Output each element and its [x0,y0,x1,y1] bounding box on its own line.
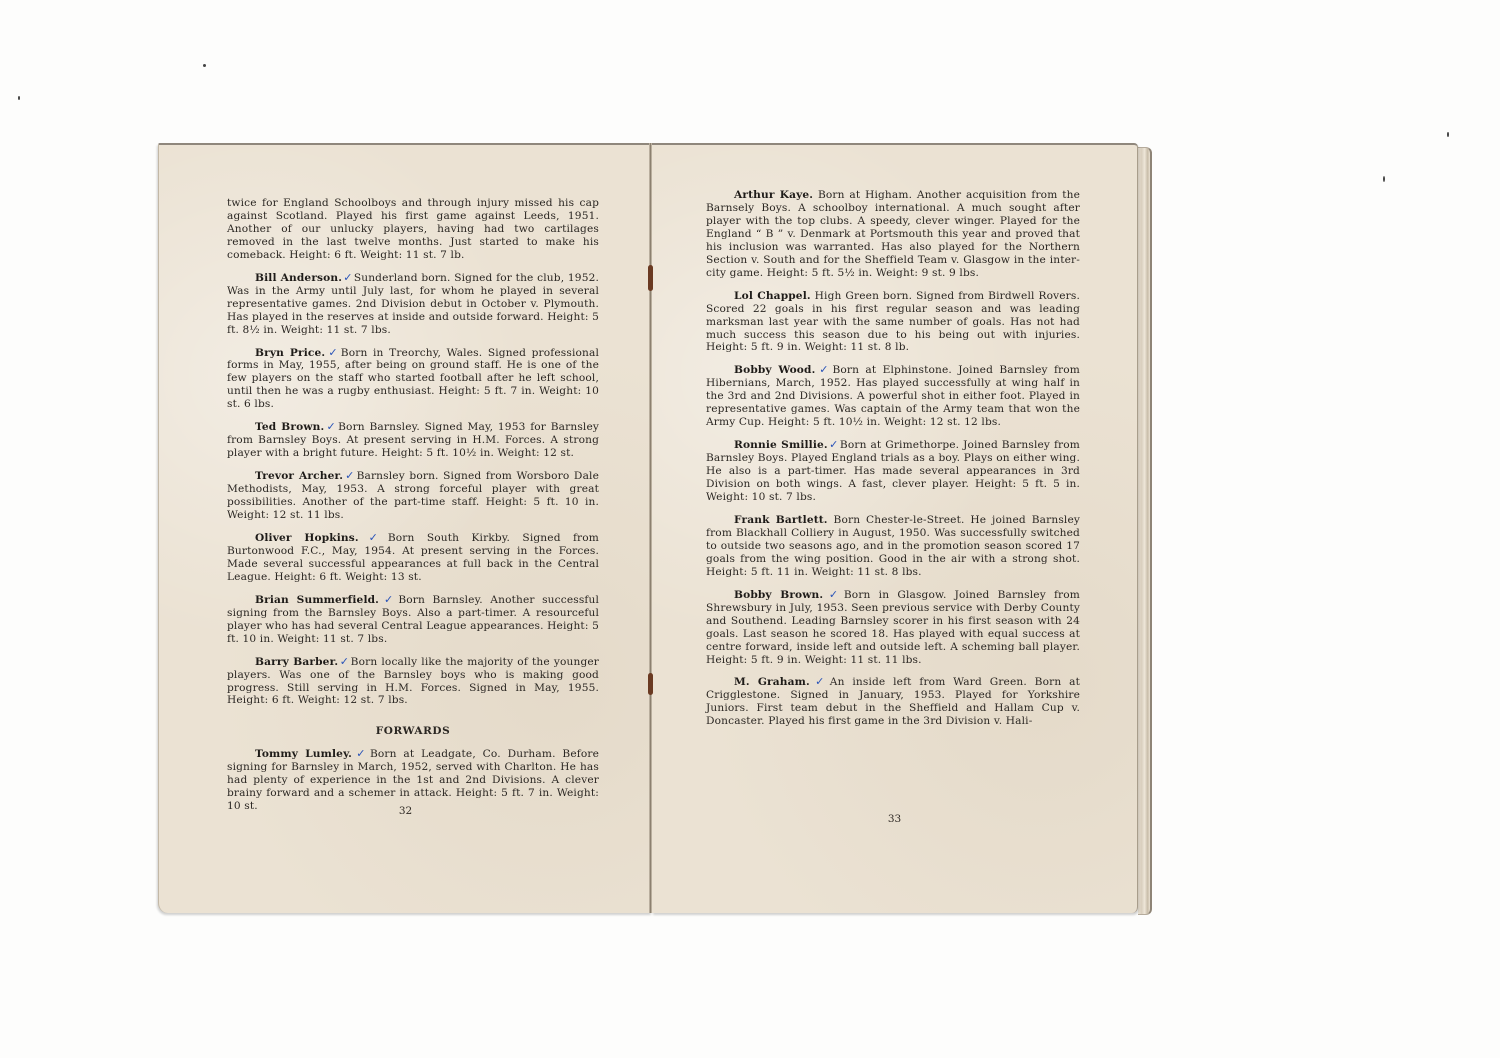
player-entry: Frank Bartlett. Born Chester-le-Street. … [706,514,1080,579]
player-bio: Born at Higham. Another acquisition from… [706,189,1080,279]
page-number-left: 32 [159,805,652,817]
page-edges [1138,147,1152,915]
player-name: Bryn Price. [255,347,325,359]
player-name: Trevor Archer. [255,470,343,482]
player-name: Barry Barber. [255,656,338,668]
player-name: Bobby Wood. [734,364,815,376]
staple-rust-bottom [648,673,653,695]
pen-tick-icon: ✓ [811,675,829,688]
player-name: Ronnie Smillie. [734,439,828,451]
pen-tick-icon: ✓ [326,346,340,359]
player-entry: Tommy Lumley.✓Born at Leadgate, Co. Durh… [227,748,599,813]
section-heading-forwards: FORWARDS [227,725,599,738]
player-name: Tommy Lumley. [255,748,352,760]
dust-speck [1383,176,1385,182]
player-entry: Bobby Brown.✓Born in Glasgow. Joined Bar… [706,589,1080,667]
player-entry: Bobby Wood.✓Born at Elphinstone. Joined … [706,364,1080,429]
staple-rust-top [648,265,653,291]
player-name: Ted Brown. [255,421,324,433]
pen-tick-icon: ✓ [353,747,369,760]
pen-tick-icon: ✓ [360,531,387,544]
left-page: twice for England Schoolboys and through… [158,143,652,913]
player-entry: Arthur Kaye. Born at Higham. Another acq… [706,189,1080,280]
pen-tick-icon: ✓ [344,469,355,482]
left-entries: Bill Anderson.✓Sunderland born. Signed f… [227,272,599,708]
dust-speck [18,96,20,100]
player-entry: Ronnie Smillie.✓Born at Grimethorpe. Joi… [706,439,1080,504]
pen-tick-icon: ✓ [339,655,349,668]
player-entry: Trevor Archer.✓Barnsley born. Signed fro… [227,470,599,522]
forwards-entries: Tommy Lumley.✓Born at Leadgate, Co. Durh… [227,748,599,813]
player-name: Bill Anderson. [255,272,342,284]
player-name: Oliver Hopkins. [255,532,359,544]
player-name: Brian Summerfield. [255,594,379,606]
pen-tick-icon: ✓ [343,271,353,284]
right-page-text: Arthur Kaye. Born at Higham. Another acq… [706,189,1080,738]
player-name: Arthur Kaye. [734,189,813,201]
pen-tick-icon: ✓ [380,593,397,606]
dust-speck [1447,132,1449,137]
right-page: Arthur Kaye. Born at Higham. Another acq… [652,143,1138,913]
player-entry: Bryn Price.✓Born in Treorchy, Wales. Sig… [227,347,599,412]
player-entry: Ted Brown.✓Born Barnsley. Signed May, 19… [227,421,599,460]
dust-speck [203,64,206,67]
pen-tick-icon: ✓ [816,363,831,376]
book-gutter [649,143,652,913]
player-name: Bobby Brown. [734,589,823,601]
page-number-right: 33 [652,813,1137,825]
continuation-paragraph: twice for England Schoolboys and through… [227,197,599,262]
right-entries: Arthur Kaye. Born at Higham. Another acq… [706,189,1080,728]
player-entry: Brian Summerfield.✓Born Barnsley. Anothe… [227,594,599,646]
pen-tick-icon: ✓ [325,420,337,433]
pen-tick-icon: ✓ [829,438,839,451]
open-booklet: twice for England Schoolboys and through… [158,143,1144,918]
player-name: Frank Bartlett. [734,514,828,526]
player-entry: Barry Barber.✓Born locally like the majo… [227,656,599,708]
player-entry: M. Graham.✓An inside left from Ward Gree… [706,676,1080,728]
player-entry: Oliver Hopkins.✓Born South Kirkby. Signe… [227,532,599,584]
player-name: Lol Chappel. [734,290,811,302]
player-entry: Lol Chappel. High Green born. Signed fro… [706,290,1080,355]
player-entry: Bill Anderson.✓Sunderland born. Signed f… [227,272,599,337]
left-page-text: twice for England Schoolboys and through… [227,197,599,823]
pen-tick-icon: ✓ [824,588,843,601]
player-name: M. Graham. [734,676,810,688]
